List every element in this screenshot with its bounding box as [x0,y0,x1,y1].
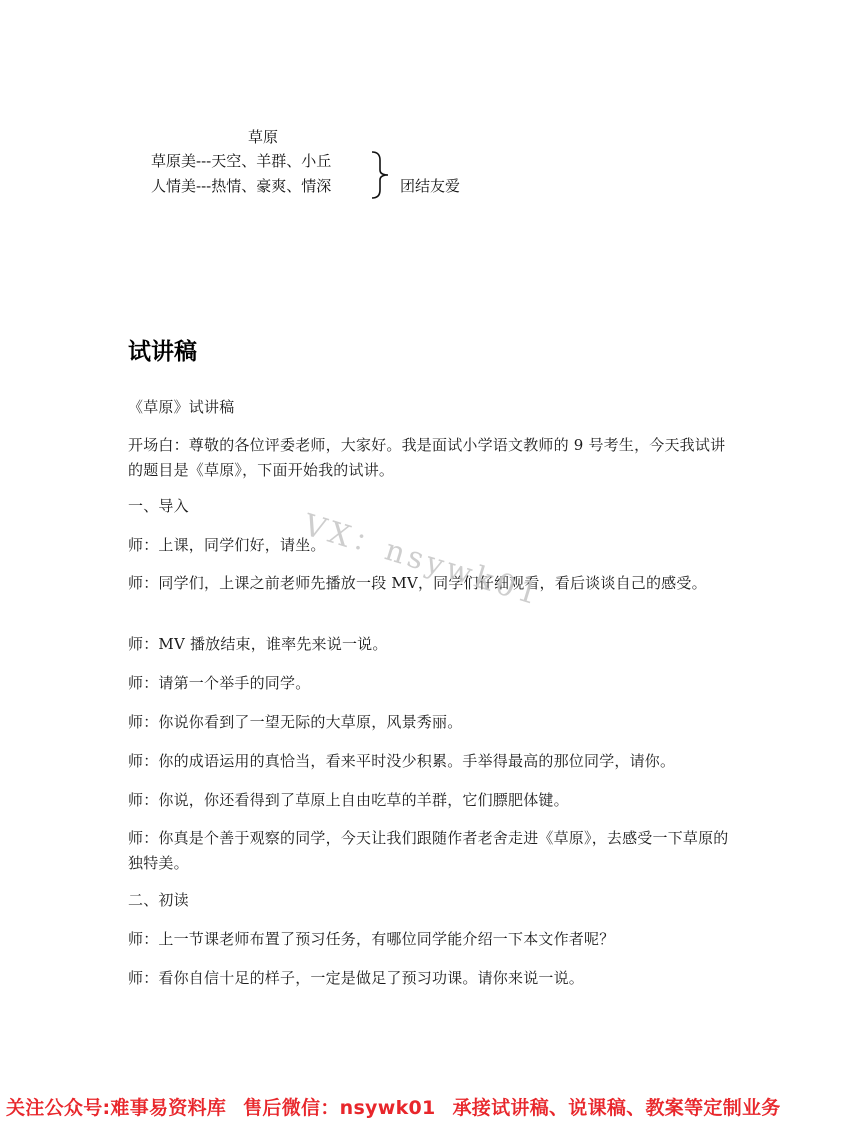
teacher-line: 师：MV 播放结束，谁率先来说一说。 [128,632,740,657]
footer-wechat: 售后微信：nsywk01 [243,1097,435,1119]
board-summary: 团结友爱 [400,173,460,199]
board-row-scenery: 草原美---天空、羊群、小丘 [151,148,331,174]
opening-paragraph: 开场白：尊敬的各位评委老师，大家好。我是面试小学语文教师的 9 号考生，今天我试… [128,433,740,483]
teacher-line: 师：你真是个善于观察的同学，今天让我们跟随作者老舍走进《草原》，去感受一下草原的… [128,826,740,876]
section-title-first-reading: 二、初读 [128,888,740,913]
right-curly-brace-icon [368,150,398,200]
teacher-line: 师：看你自信十足的样子，一定是做足了预习功课。请你来说一说。 [128,966,740,991]
board-diagram: 草原 草原美---天空、羊群、小丘 人情美---热情、豪爽、情深 团结友爱 [148,112,464,240]
teacher-line: 师：你说你看到了一望无际的大草原，风景秀丽。 [128,710,740,735]
board-row-people: 人情美---热情、豪爽、情深 [151,173,331,199]
footer-services: 承接试讲稿、说课稿、教案等定制业务 [453,1097,781,1119]
document-page: 草原 草原美---天空、羊群、小丘 人情美---热情、豪爽、情深 团结友爱 试讲… [0,0,866,1122]
section-heading: 试讲稿 [128,336,197,368]
teacher-line: 师：请第一个举手的同学。 [128,671,740,696]
teacher-line: 师：上一节课老师布置了预习任务，有哪位同学能介绍一下本文作者呢？ [128,927,740,952]
section-title-intro: 一、导入 [128,494,740,519]
teacher-line: 师：你的成语运用的真恰当，看来平时没少积累。手举得最高的那位同学，请你。 [128,749,740,774]
subtitle: 《草原》试讲稿 [128,395,740,420]
footer-banner: 关注公众号:难事易资料库 售后微信：nsywk01 承接试讲稿、说课稿、教案等定… [0,1094,866,1122]
footer-public-account: 关注公众号:难事易资料库 [6,1097,226,1119]
board-title: 草原 [248,124,278,150]
teacher-line: 师：你说，你还看得到了草原上自由吃草的羊群，它们膘肥体键。 [128,788,740,813]
